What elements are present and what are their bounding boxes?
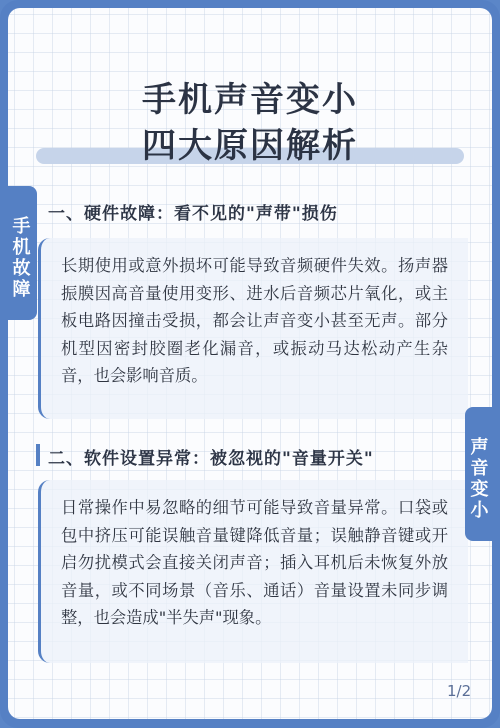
- side-tab-char: 小: [465, 500, 494, 521]
- side-tab-phone-fault: 手 机 故 障: [6, 186, 37, 320]
- side-tab-char: 手: [6, 216, 37, 237]
- section-box-software: 日常操作中易忽略的细节可能导致音量异常。口袋或包中挤压可能误触音量键降低音量；误…: [38, 480, 468, 663]
- page-title-line-2: 四大原因解析: [0, 118, 500, 167]
- section-body-hardware: 长期使用或意外损坏可能导致音频硬件失效。扬声器振膜因高音量使用变形、进水后音频芯…: [61, 252, 448, 390]
- section-heading-hardware: 一、硬件故障：看不见的"声带"损伤: [48, 199, 338, 224]
- page-indicator: 1/2: [447, 682, 471, 700]
- side-tab-char: 故: [6, 258, 37, 279]
- section-body-software: 日常操作中易忽略的细节可能导致音量异常。口袋或包中挤压可能误触音量键降低音量；误…: [61, 494, 448, 632]
- side-tab-char: 变: [465, 479, 494, 500]
- section-box-hardware: 长期使用或意外损坏可能导致音频硬件失效。扬声器振膜因高音量使用变形、进水后音频芯…: [38, 238, 468, 419]
- side-tab-char: 机: [6, 237, 37, 258]
- side-tab-char: 障: [6, 279, 37, 300]
- section-heading-software: 二、软件设置异常：被忽视的"音量开关": [48, 444, 374, 469]
- side-tab-char: 声: [465, 437, 494, 458]
- side-tab-volume-low: 声 音 变 小: [465, 407, 494, 541]
- heading-accent-bar: [36, 444, 40, 466]
- side-tab-char: 音: [465, 458, 494, 479]
- page-title-line-1: 手机声音变小: [0, 72, 500, 121]
